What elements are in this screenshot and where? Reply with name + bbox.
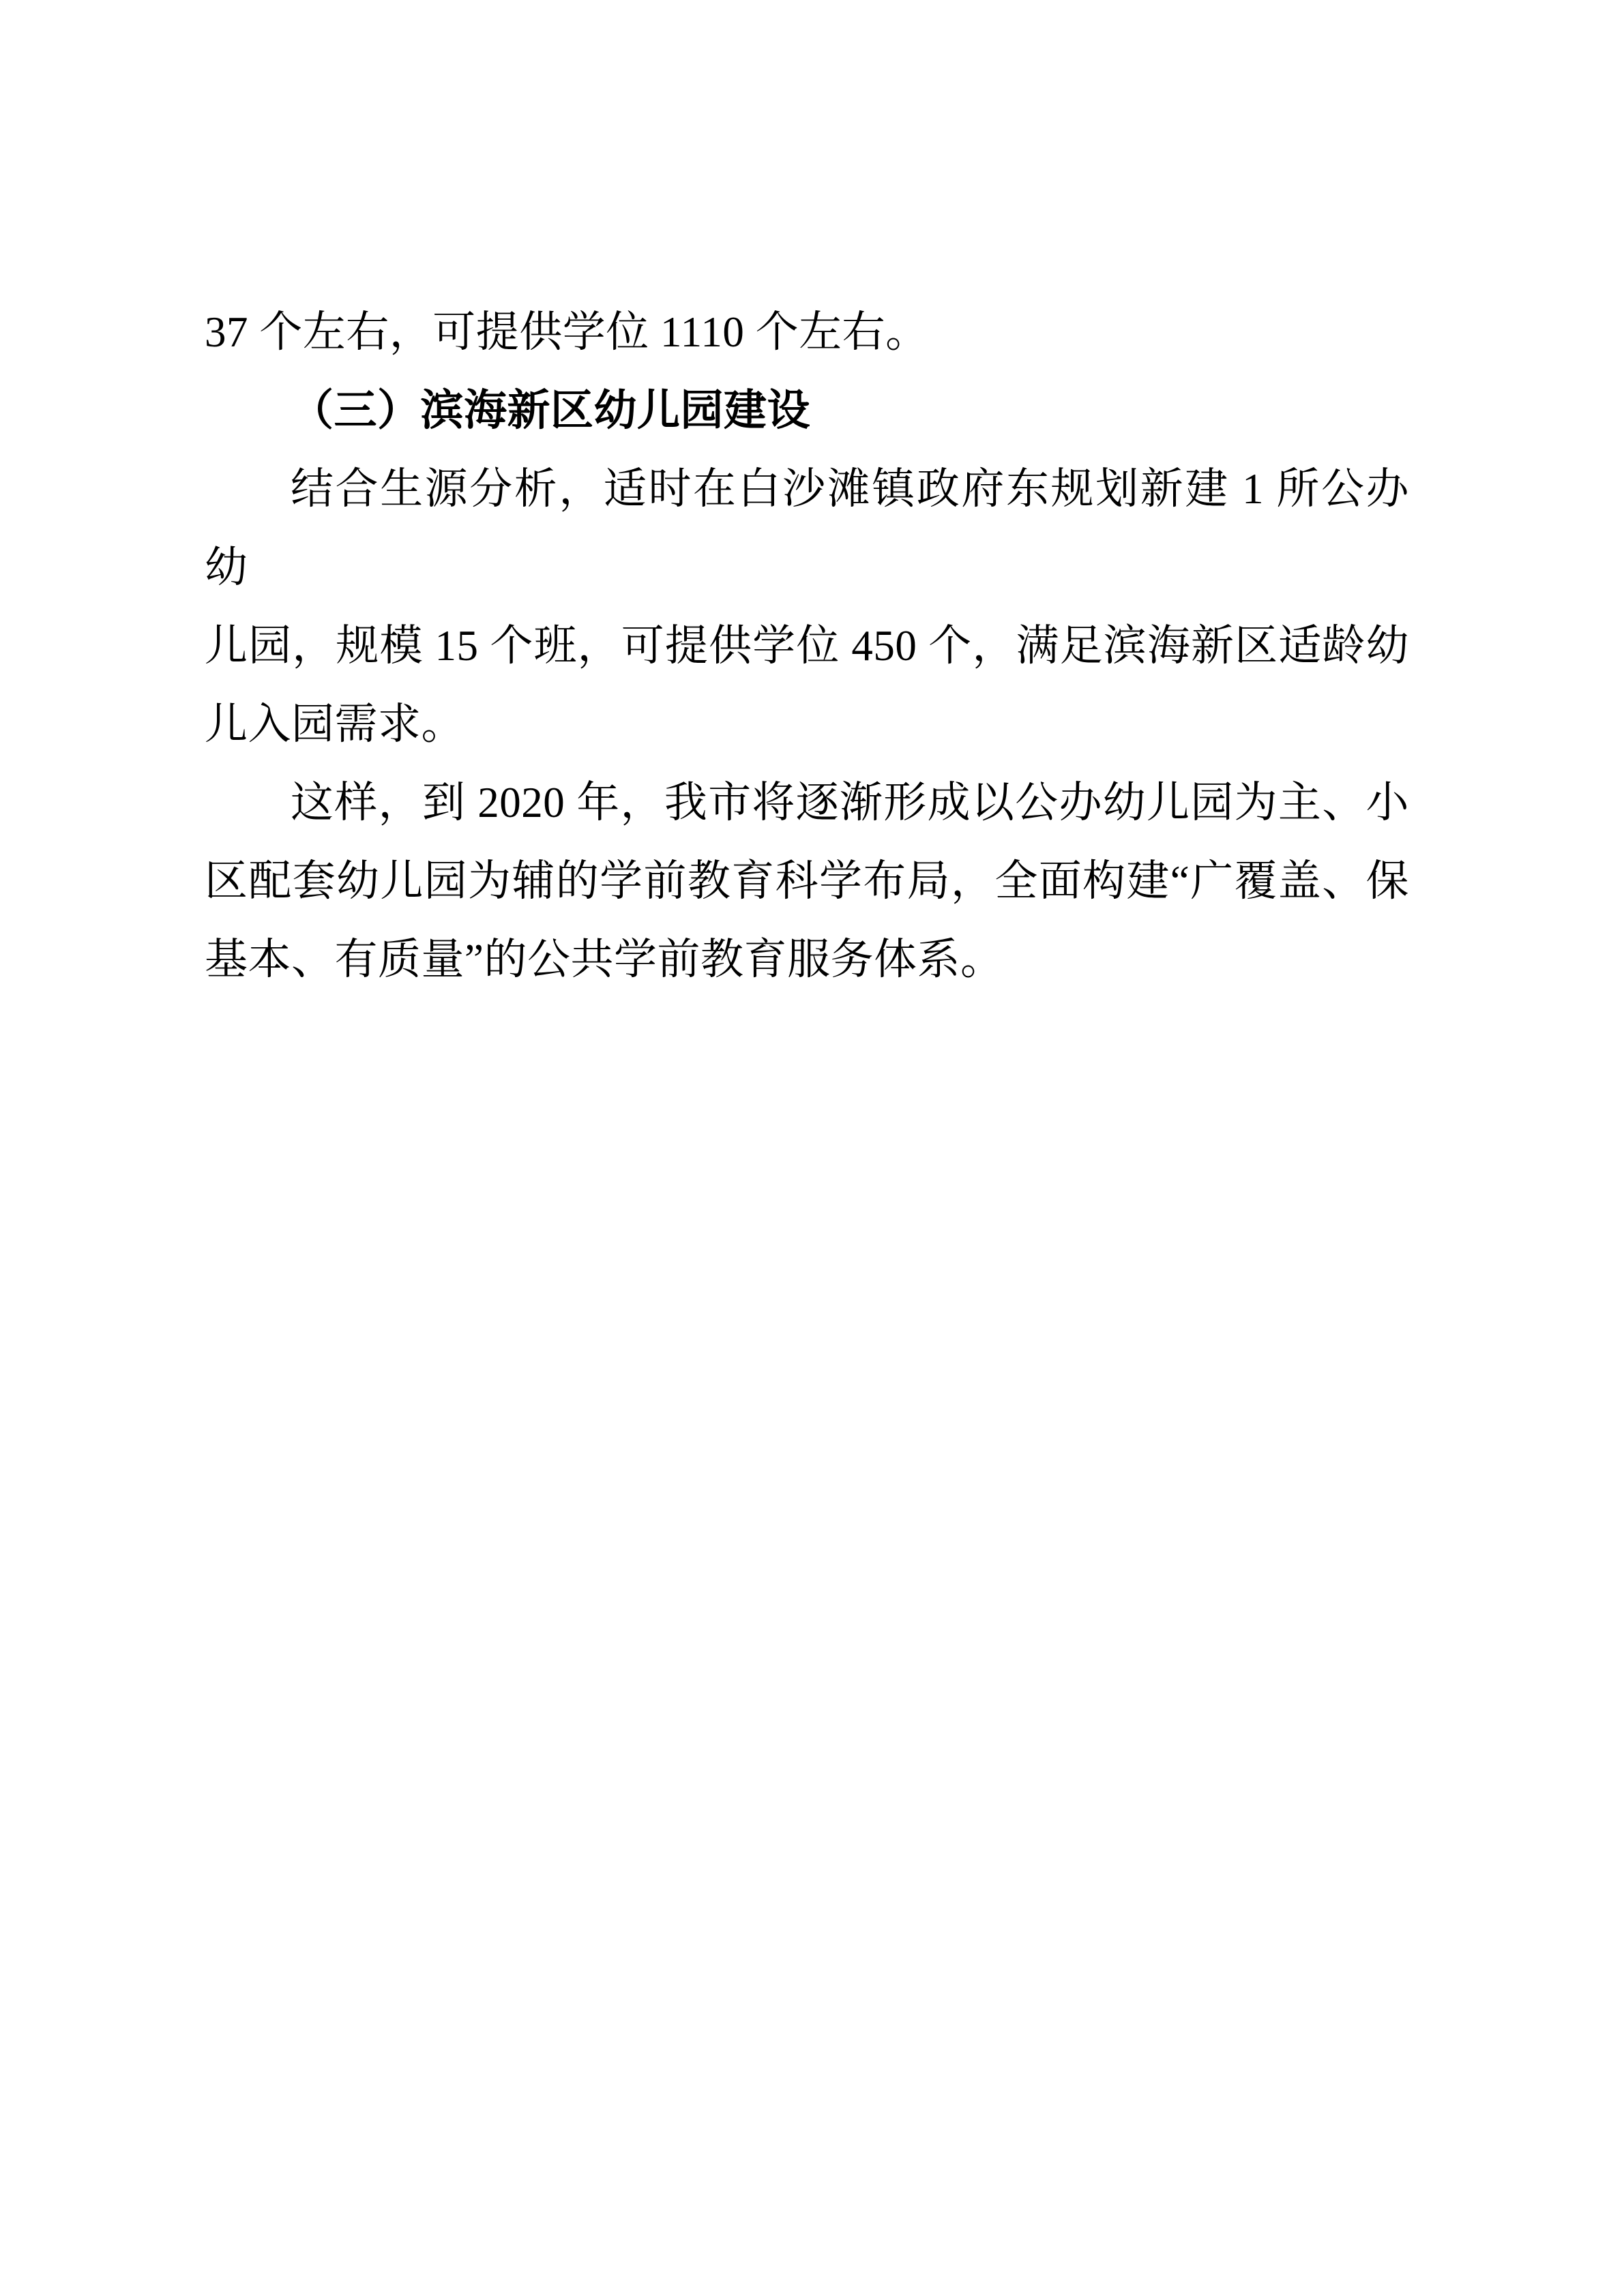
document-text-line: 区配套幼儿园为辅的学前教育科学布局，全面构建“广覆盖、保	[205, 842, 1409, 921]
document-page: 37 个左右，可提供学位 1110 个左右。（三）滨海新区幼儿园建设结合生源分析…	[0, 0, 1624, 2296]
document-text-line: 这样，到 2020 年，我市将逐渐形成以公办幼儿园为主、小	[205, 764, 1409, 842]
document-text-line: 儿入园需求。	[205, 685, 1409, 764]
document-text-line: 儿园，规模 15 个班，可提供学位 450 个，满足滨海新区适龄幼	[205, 607, 1409, 685]
document-text-line: 基本、有质量”的公共学前教育服务体系。	[205, 921, 1409, 999]
document-text-line: 37 个左右，可提供学位 1110 个左右。	[205, 293, 1409, 372]
document-text-block: 37 个左右，可提供学位 1110 个左右。（三）滨海新区幼儿园建设结合生源分析…	[205, 293, 1409, 999]
section-heading-line: （三）滨海新区幼儿园建设	[205, 372, 1409, 450]
document-text-line: 结合生源分析，适时在白沙滩镇政府东规划新建 1 所公办幼	[205, 450, 1409, 607]
